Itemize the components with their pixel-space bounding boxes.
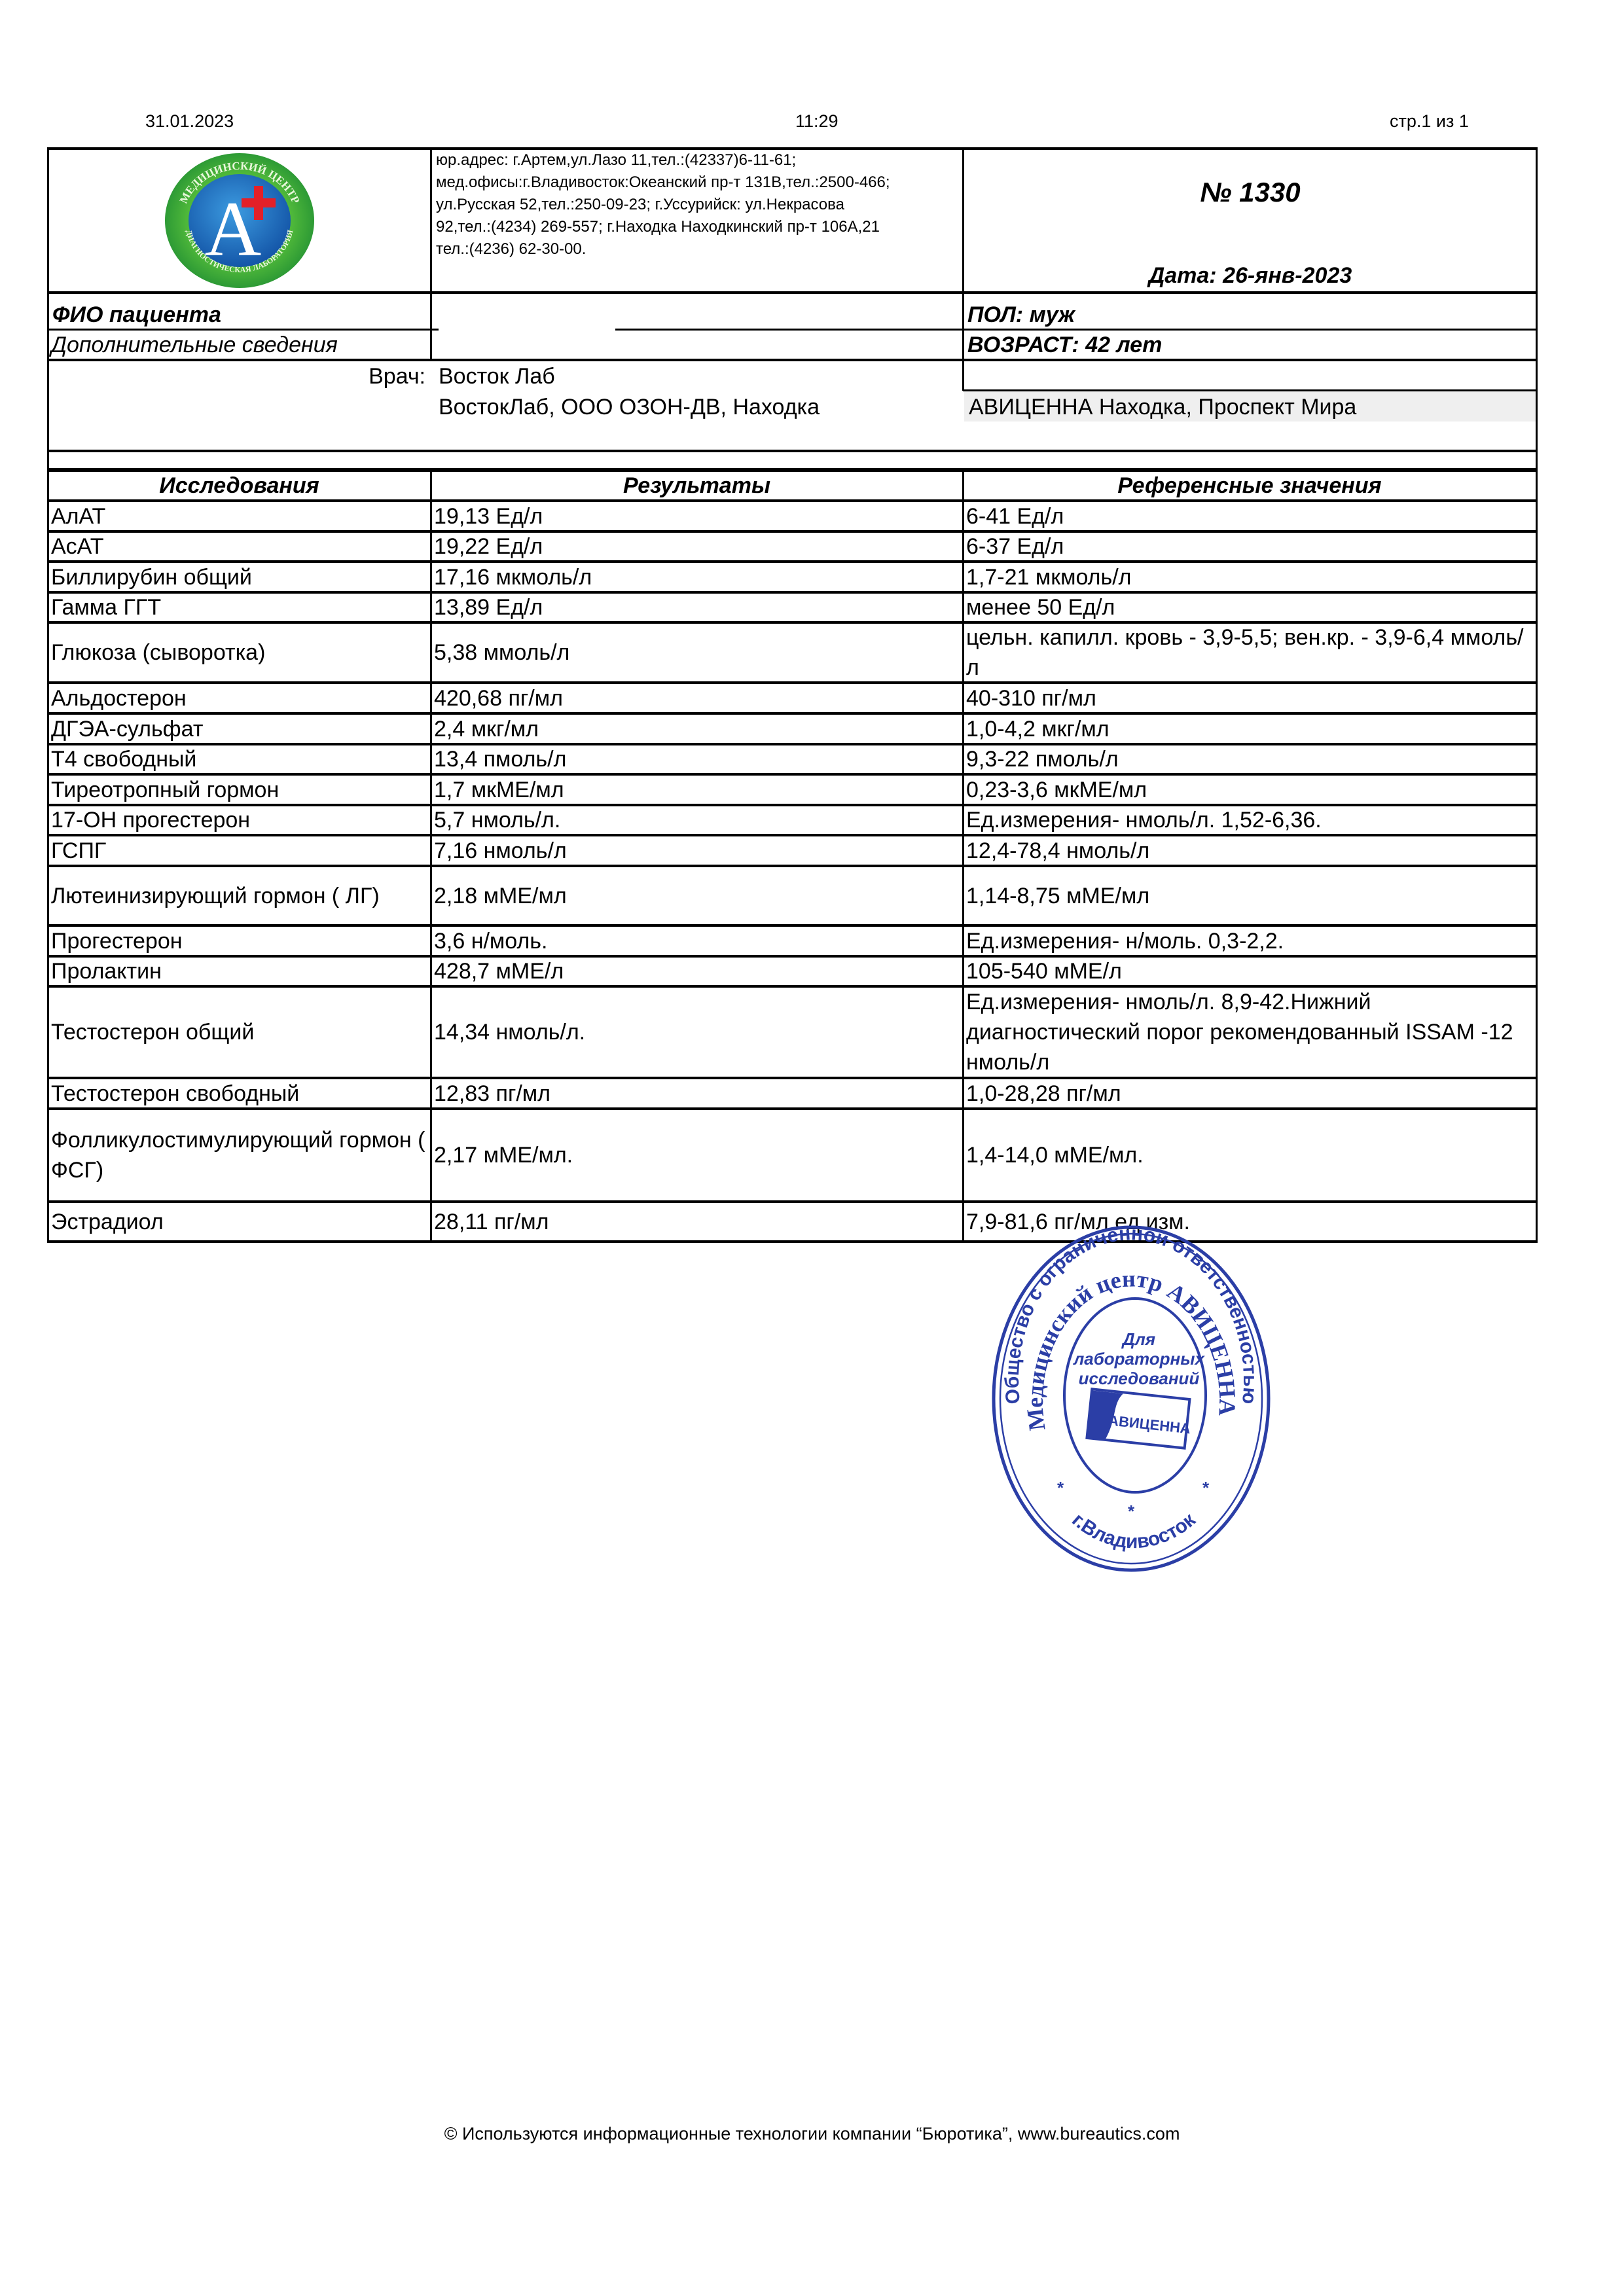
address-line: юр.адрес: г.Артем,ул.Лазо 11,тел.:(42337… (436, 149, 960, 171)
test-name-text: 17-ОН прогестерон (51, 805, 250, 835)
test-reference: Ед.измерения- н/моль. 0,3-2,2. (966, 927, 1533, 955)
test-name-text: Тиреотропный гормон (51, 775, 279, 805)
footer-copyright: © Используются информационные технологии… (0, 2124, 1624, 2144)
test-reference: 6-41 Ед/л (966, 502, 1533, 530)
test-result: 2,4 мкг/мл (434, 715, 960, 743)
test-reference-text: 9,3-22 пмоль/л (966, 744, 1119, 774)
patient-name-label: ФИО пациента (52, 302, 221, 328)
svg-text:лабораторных: лабораторных (1072, 1349, 1205, 1369)
test-name: Глюкоза (сыворотка) (51, 624, 427, 681)
test-reference: 12,4-78,4 нмоль/л (966, 836, 1533, 865)
doctor-name: Восток Лаб (439, 363, 555, 389)
test-reference-text: 40-310 пг/мл (966, 683, 1096, 713)
test-result-text: 2,18 мМЕ/мл (434, 881, 567, 911)
svg-text:*: * (1202, 1478, 1210, 1498)
test-result: 14,34 нмоль/л. (434, 988, 960, 1077)
test-name-text: АсАТ (51, 531, 103, 562)
test-result-text: 5,7 нмоль/л. (434, 805, 560, 835)
test-result: 1,7 мкМЕ/мл (434, 776, 960, 804)
test-reference-text: Ед.измерения- нмоль/л. 8,9-42.Нижний диа… (966, 987, 1533, 1077)
test-name: Фолликулостимулирующий гормон ( ФСГ) (51, 1110, 427, 1200)
test-name-text: Альдостерон (51, 683, 187, 713)
test-reference-text: Ед.измерения- нмоль/л. 1,52-6,36. (966, 805, 1322, 835)
test-name-text: ДГЭА-сульфат (51, 714, 203, 744)
test-reference: 40-310 пг/мл (966, 684, 1533, 712)
test-name-text: Т4 свободный (51, 744, 196, 774)
test-reference-text: 105-540 мМЕ/л (966, 956, 1122, 986)
test-reference: цельн. капилл. кровь - 3,9-5,5; вен.кр. … (966, 624, 1533, 681)
test-result: 5,38 ммоль/л (434, 624, 960, 681)
document-date: Дата: 26-янв-2023 (964, 263, 1536, 289)
address-line: мед.офисы:г.Владивосток:Океанский пр-т 1… (436, 171, 960, 194)
column-header-results: Результаты (434, 472, 960, 499)
test-reference-text: менее 50 Ед/л (966, 592, 1115, 622)
patient-age: ВОЗРАСТ: 42 лет (967, 332, 1162, 358)
test-result: 428,7 мМЕ/л (434, 958, 960, 985)
page-counter: стр.1 из 1 (1390, 111, 1469, 132)
svg-text:*: * (1128, 1501, 1135, 1521)
test-name: Тестостерон свободный (51, 1079, 427, 1107)
company-seal-icon: Общество с ограниченной ответственностью… (990, 1224, 1272, 1574)
test-result-text: 420,68 пг/мл (434, 683, 563, 713)
test-reference-text: 1,14-8,75 мМЕ/мл (966, 881, 1149, 911)
test-result-text: 5,38 ммоль/л (434, 637, 569, 668)
test-reference: 1,0-28,28 пг/мл (966, 1079, 1533, 1107)
doctor-label: Врач: (275, 363, 425, 389)
test-result: 17,16 мкмоль/л (434, 563, 960, 591)
test-name: Лютеинизирующий гормон ( ЛГ) (51, 867, 427, 924)
test-reference: 9,3-22 пмоль/л (966, 745, 1533, 773)
doctor-organization: ВостокЛаб, ООО ОЗОН-ДВ, Находка (439, 394, 820, 420)
test-name-text: Биллирубин общий (51, 562, 252, 592)
address-line: ул.Русская 52,тел.:250-09-23; г.Уссурийс… (436, 194, 960, 216)
address-line: тел.:(4236) 62-30-00. (436, 238, 960, 260)
test-result: 7,16 нмоль/л (434, 836, 960, 865)
test-name: Тестостерон общий (51, 988, 427, 1077)
test-name: Биллирубин общий (51, 563, 427, 591)
column-header-results-text: Результаты (623, 471, 770, 501)
address-line: 92,тел.:(4234) 269-557; г.Находка Находк… (436, 216, 960, 238)
test-name-text: АлАТ (51, 501, 105, 531)
test-name-text: Эстрадиол (51, 1207, 164, 1237)
test-reference: 1,14-8,75 мМЕ/мл (966, 867, 1533, 924)
test-result-text: 14,34 нмоль/л. (434, 1017, 585, 1047)
test-name-text: Тестостерон свободный (51, 1079, 299, 1109)
test-name: 17-ОН прогестерон (51, 806, 427, 834)
test-result: 2,17 мМЕ/мл. (434, 1110, 960, 1200)
patient-name-redacted (439, 296, 615, 335)
test-reference-text: 1,4-14,0 мМЕ/мл. (966, 1140, 1144, 1170)
patient-sex: ПОЛ: муж (967, 302, 1075, 328)
test-reference-text: 6-37 Ед/л (966, 531, 1064, 562)
print-time: 11:29 (795, 111, 839, 132)
medical-center-logo-icon: МЕДИЦИНСКИЙ ЦЕНТР ДИАГНОСТИЧЕСКАЯ ЛАБОРА… (164, 152, 316, 289)
test-result: 19,22 Ед/л (434, 533, 960, 560)
test-reference-text: Ед.измерения- н/моль. 0,3-2,2. (966, 926, 1284, 956)
test-result-text: 1,7 мкМЕ/мл (434, 775, 564, 805)
test-result-text: 428,7 мМЕ/л (434, 956, 564, 986)
print-date: 31.01.2023 (145, 111, 234, 132)
test-result: 420,68 пг/мл (434, 684, 960, 712)
test-name: Тиреотропный гормон (51, 776, 427, 804)
test-reference: 0,23-3,6 мкМЕ/мл (966, 776, 1533, 804)
test-result: 3,6 н/моль. (434, 927, 960, 955)
test-reference: 1,4-14,0 мМЕ/мл. (966, 1110, 1533, 1200)
test-reference-text: 1,0-4,2 мкг/мл (966, 714, 1110, 744)
test-result: 12,83 пг/мл (434, 1079, 960, 1107)
test-reference: менее 50 Ед/л (966, 594, 1533, 621)
test-name: Альдостерон (51, 684, 427, 712)
test-result-text: 17,16 мкмоль/л (434, 562, 592, 592)
svg-text:A: A (205, 185, 262, 272)
test-result: 28,11 пг/мл (434, 1203, 960, 1240)
test-name-text: Тестостерон общий (51, 1017, 254, 1047)
svg-text:АВИЦЕННА: АВИЦЕННА (1108, 1412, 1191, 1437)
test-reference-text: 1,7-21 мкмоль/л (966, 562, 1131, 592)
test-name-text: ГСПГ (51, 836, 106, 866)
column-header-reference: Референсные значения (966, 472, 1533, 499)
test-reference: Ед.измерения- нмоль/л. 1,52-6,36. (966, 806, 1533, 834)
test-reference-text: 0,23-3,6 мкМЕ/мл (966, 775, 1147, 805)
test-result-text: 3,6 н/моль. (434, 926, 547, 956)
test-name-text: Лютеинизирующий гормон ( ЛГ) (51, 881, 380, 911)
lab-address: юр.адрес: г.Артем,ул.Лазо 11,тел.:(42337… (436, 149, 960, 260)
test-name-text: Гамма ГГТ (51, 592, 161, 622)
test-result-text: 28,11 пг/мл (434, 1207, 549, 1237)
document-number: № 1330 (964, 177, 1536, 208)
test-result-text: 13,89 Ед/л (434, 592, 543, 622)
test-name: Пролактин (51, 958, 427, 985)
svg-text:исследований: исследований (1079, 1369, 1200, 1388)
test-name-text: Прогестерон (51, 926, 183, 956)
test-reference: 105-540 мМЕ/л (966, 958, 1533, 985)
test-result-text: 12,83 пг/мл (434, 1079, 550, 1109)
test-reference-text: 1,0-28,28 пг/мл (966, 1079, 1121, 1109)
test-reference-text: 12,4-78,4 нмоль/л (966, 836, 1149, 866)
test-result: 13,4 пмоль/л (434, 745, 960, 773)
test-result-text: 19,13 Ед/л (434, 501, 543, 531)
test-result: 19,13 Ед/л (434, 502, 960, 530)
test-name: Т4 свободный (51, 745, 427, 773)
test-reference: 6-37 Ед/л (966, 533, 1533, 560)
test-result-text: 7,16 нмоль/л (434, 836, 567, 866)
svg-text:*: * (1057, 1478, 1064, 1498)
svg-text:Для: Для (1121, 1329, 1155, 1349)
test-reference: Ед.измерения- нмоль/л. 8,9-42.Нижний диа… (966, 988, 1533, 1077)
test-reference-text: цельн. капилл. кровь - 3,9-5,5; вен.кр. … (966, 622, 1533, 683)
column-header-tests: Исследования (51, 472, 427, 499)
test-result: 2,18 мМЕ/мл (434, 867, 960, 924)
test-result-text: 2,4 мкг/мл (434, 714, 539, 744)
test-name-text: Глюкоза (сыворотка) (51, 637, 265, 668)
test-name-text: Фолликулостимулирующий гормон ( ФСГ) (51, 1125, 427, 1185)
test-name: Эстрадиол (51, 1203, 427, 1240)
test-reference-text: 6-41 Ед/л (966, 501, 1064, 531)
test-result-text: 19,22 Ед/л (434, 531, 543, 562)
test-name-text: Пролактин (51, 956, 162, 986)
test-name: Гамма ГГТ (51, 594, 427, 621)
test-result-text: 2,17 мМЕ/мл. (434, 1140, 573, 1170)
test-result: 13,89 Ед/л (434, 594, 960, 621)
test-name: АсАТ (51, 533, 427, 560)
test-result: 5,7 нмоль/л. (434, 806, 960, 834)
test-result-text: 13,4 пмоль/л (434, 744, 566, 774)
test-name: Прогестерон (51, 927, 427, 955)
test-name: ГСПГ (51, 836, 427, 865)
column-header-tests-text: Исследования (159, 471, 319, 501)
test-reference: 1,0-4,2 мкг/мл (966, 715, 1533, 743)
extra-info-label: Дополнительные сведения (51, 332, 338, 358)
doctor-branch: АВИЦЕННА Находка, Проспект Мира (969, 394, 1356, 420)
test-name: ДГЭА-сульфат (51, 715, 427, 743)
test-reference: 1,7-21 мкмоль/л (966, 563, 1533, 591)
column-header-reference-text: Референсные значения (1117, 471, 1381, 501)
test-name: АлАТ (51, 502, 427, 530)
